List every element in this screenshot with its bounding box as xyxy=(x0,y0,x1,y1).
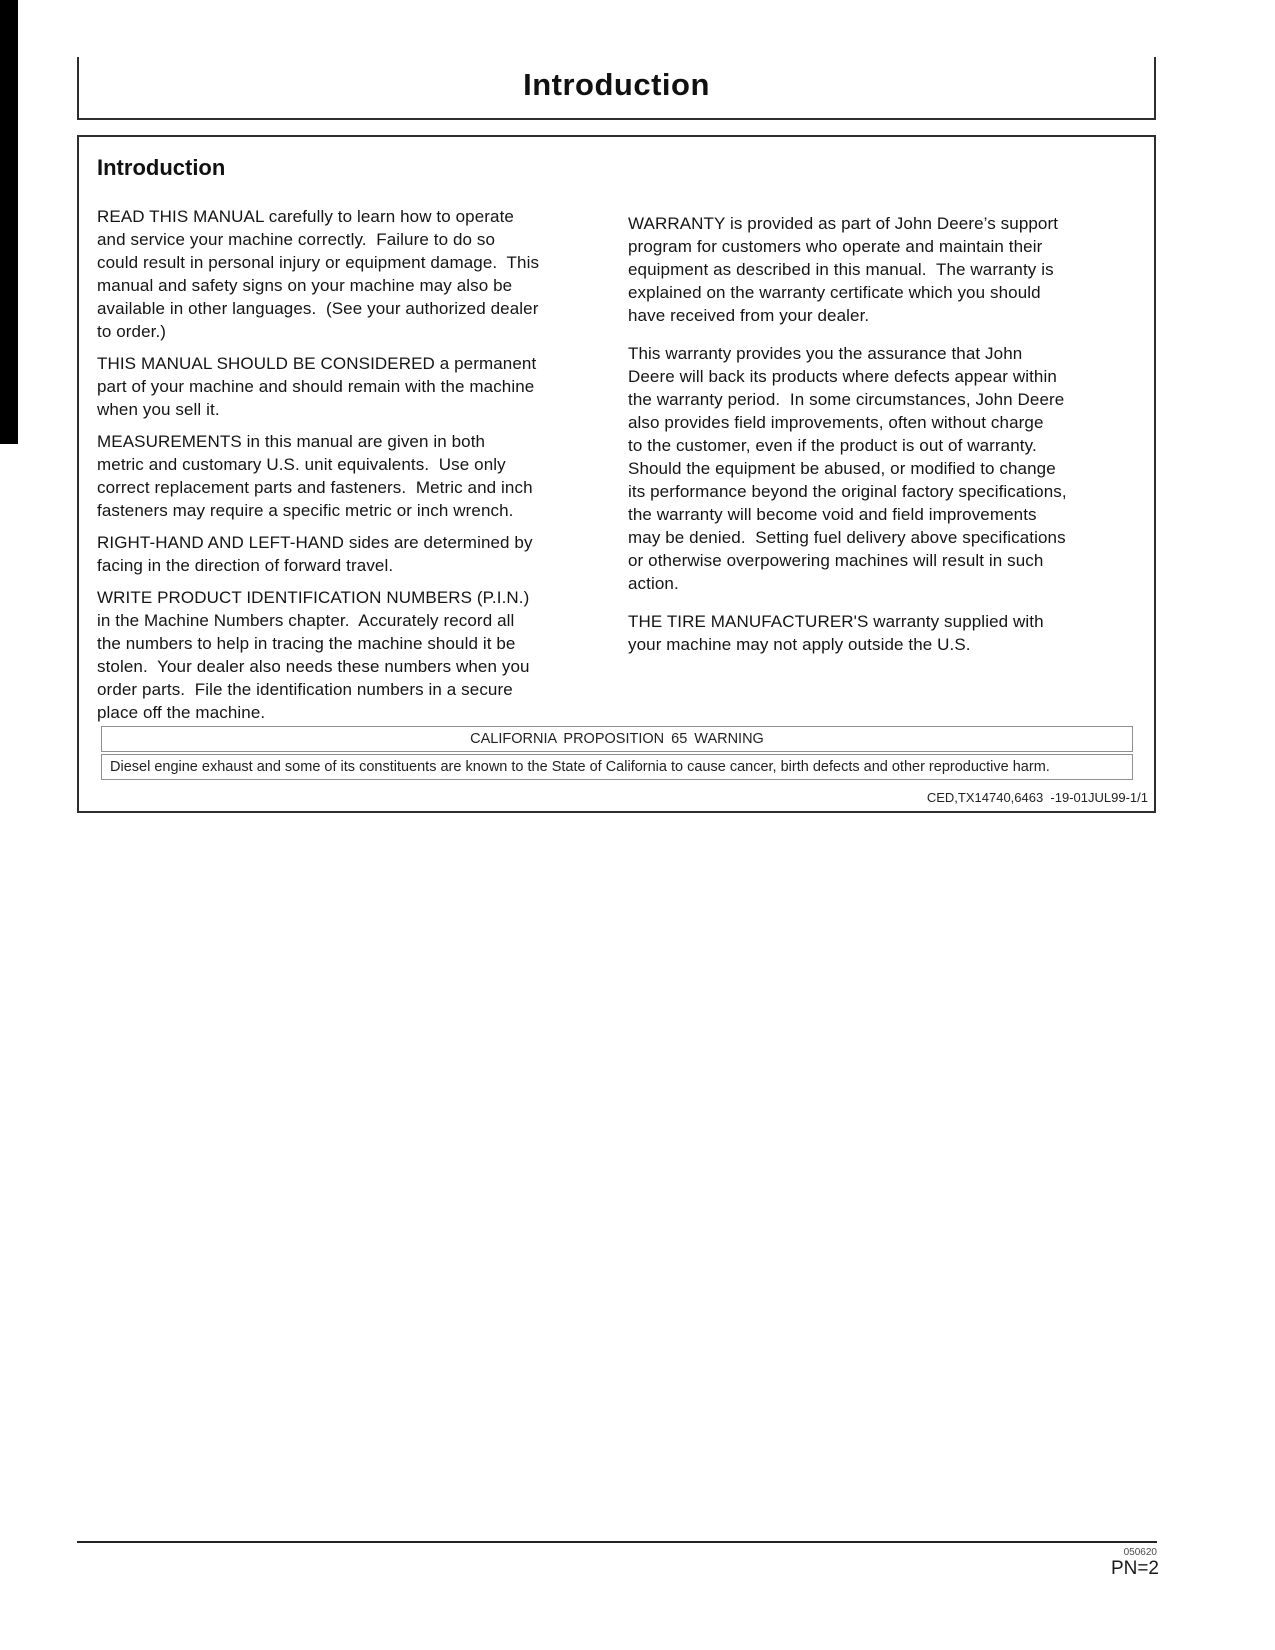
footer-rule xyxy=(77,1541,1157,1543)
paragraph-read-this-manual: READ THIS MANUAL carefully to learn how … xyxy=(97,205,642,343)
prop65-warning-text-box: Diesel engine exhaust and some of its co… xyxy=(101,754,1133,780)
page-title: Introduction xyxy=(79,57,1154,113)
introduction-section-box: Introduction READ THIS MANUAL carefully … xyxy=(77,135,1156,813)
paragraph-manual-permanent: THIS MANUAL SHOULD BE CONSIDERED a perma… xyxy=(97,352,642,421)
left-scan-artifact-bar xyxy=(0,0,18,444)
paragraph-warranty-assurance: This warranty provides you the assurance… xyxy=(628,342,1173,595)
prop65-warning-text: Diesel engine exhaust and some of its co… xyxy=(110,759,1050,775)
paragraph-write-pin: WRITE PRODUCT IDENTIFICATION NUMBERS (P.… xyxy=(97,586,642,724)
prop65-warning-title: CALIFORNIA PROPOSITION 65 WARNING xyxy=(470,731,764,747)
section-heading: Introduction xyxy=(97,155,225,181)
footer-page-number: PN=2 xyxy=(1111,1558,1159,1580)
document-reference-code: CED,TX14740,6463 -19-01JUL99-1/1 xyxy=(927,790,1148,805)
paragraph-right-left-hand: RIGHT-HAND AND LEFT-HAND sides are deter… xyxy=(97,531,642,577)
paragraph-tire-manufacturer: THE TIRE MANUFACTURER'S warranty supplie… xyxy=(628,610,1173,656)
prop65-warning-header-box: CALIFORNIA PROPOSITION 65 WARNING xyxy=(101,726,1133,752)
right-text-column: WARRANTY is provided as part of John Dee… xyxy=(628,212,1173,671)
footer-print-code: 050620 xyxy=(1124,1547,1157,1558)
paragraph-warranty: WARRANTY is provided as part of John Dee… xyxy=(628,212,1173,327)
left-text-column: READ THIS MANUAL carefully to learn how … xyxy=(97,205,642,733)
page-title-box: Introduction xyxy=(77,57,1156,120)
paragraph-measurements: MEASUREMENTS in this manual are given in… xyxy=(97,430,642,522)
